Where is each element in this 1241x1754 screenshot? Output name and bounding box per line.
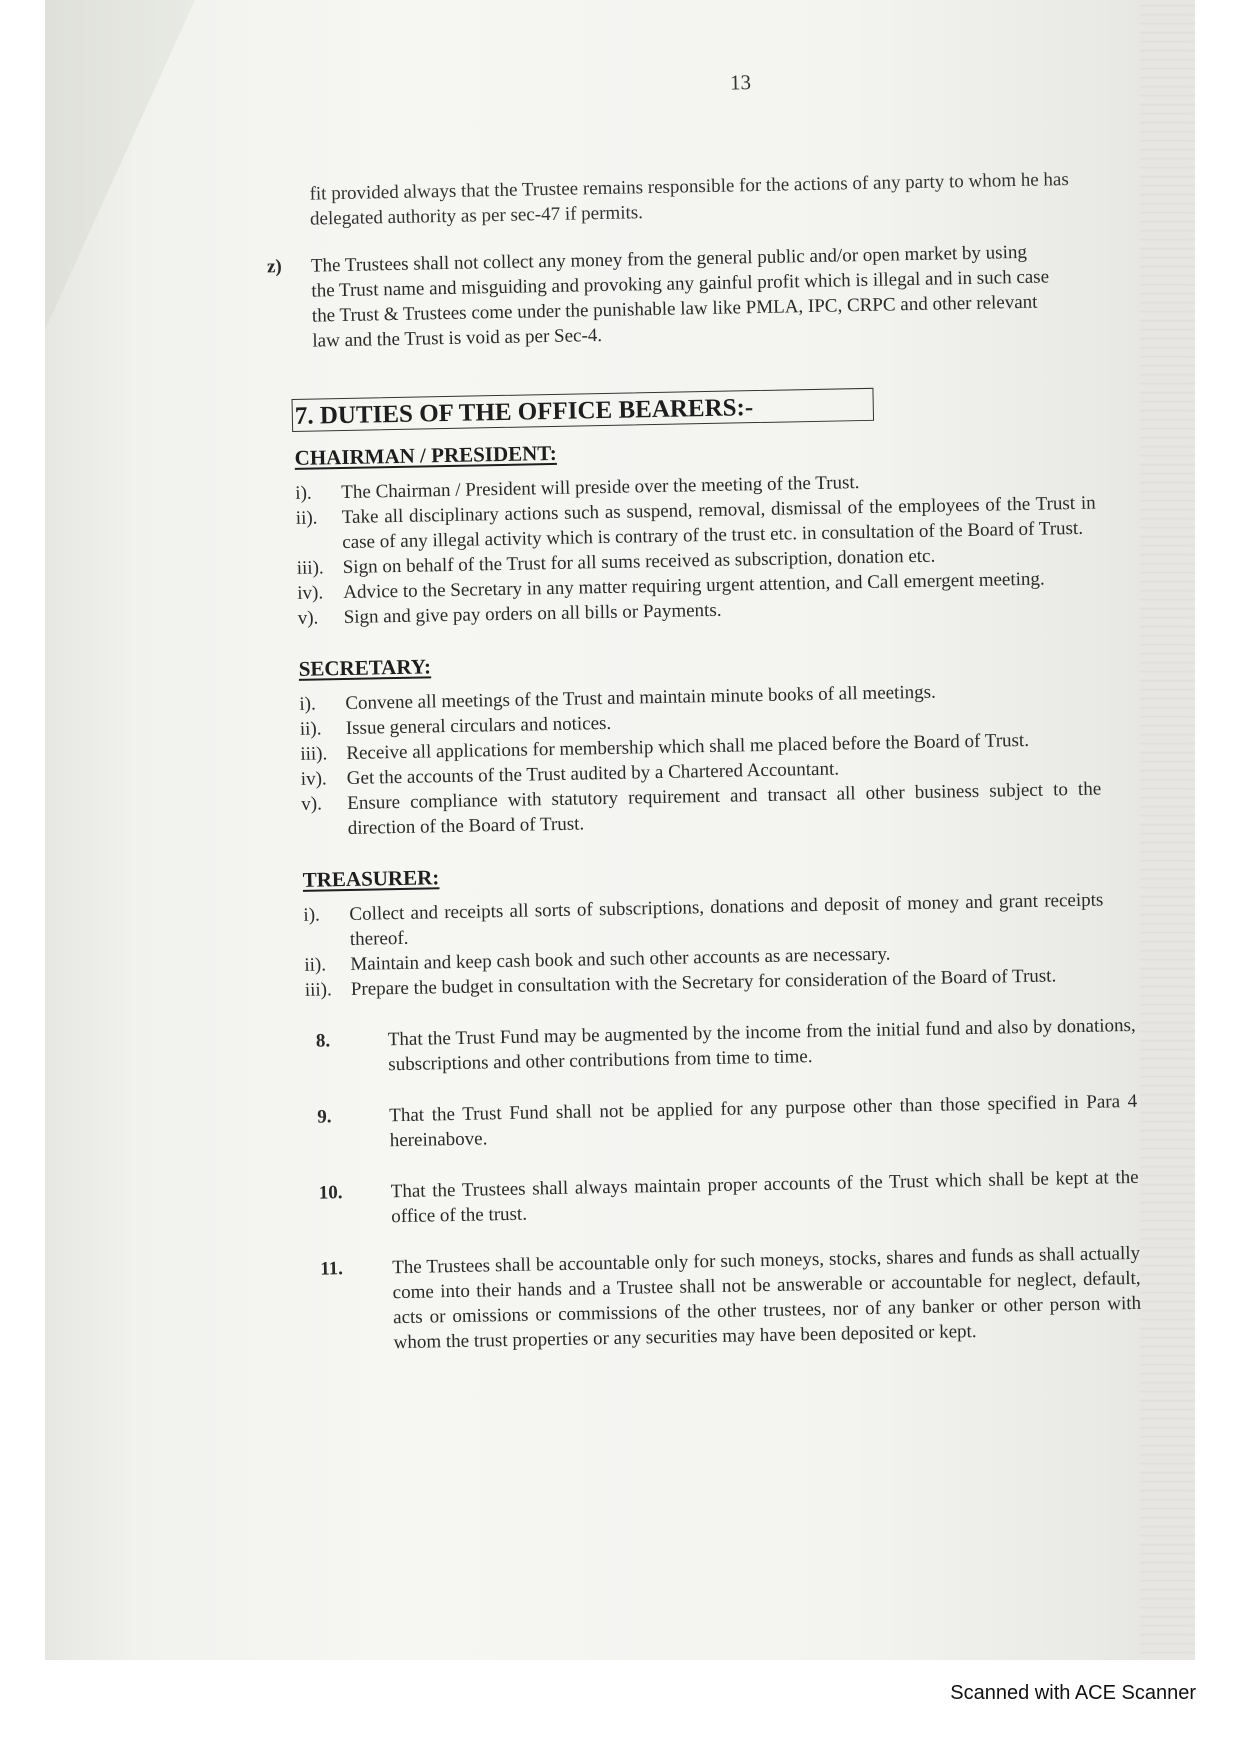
continuation-paragraph: fit provided always that the Trustee rem… <box>237 167 1080 233</box>
duty-number: i). <box>295 480 341 506</box>
role-section: SECRETARY:i).Convene all meetings of the… <box>246 641 1139 843</box>
duty-number: v). <box>297 605 343 631</box>
duty-number: i). <box>303 902 350 953</box>
clause-number: 8. <box>316 1027 389 1078</box>
book-spine-shadow <box>45 0 265 360</box>
clause-text: The Trustees shall be accountable only f… <box>392 1241 1142 1355</box>
duty-number: v). <box>301 791 348 842</box>
role-heading: TREASURER: <box>303 852 1141 893</box>
clause-text: That the Trustees shall always maintain … <box>391 1165 1140 1229</box>
document-page: 13 fit provided always that the Trustee … <box>235 43 1150 1358</box>
page-stack-edge <box>1140 0 1195 1660</box>
section-title: 7. DUTIES OF THE OFFICE BEARERS:- <box>292 388 875 432</box>
role-section: CHAIRMAN / PRESIDENT:i).The Chairman / P… <box>242 430 1135 632</box>
duty-number: iv). <box>301 766 347 792</box>
clause-text: That the Trust Fund shall not be applied… <box>389 1089 1138 1153</box>
page-number: 13 <box>355 63 1125 103</box>
duty-number: iv). <box>297 580 343 606</box>
duty-number: iii). <box>305 977 351 1003</box>
role-heading: SECRETARY: <box>298 641 1136 682</box>
scanner-watermark: Scanned with ACE Scanner <box>950 1682 1196 1705</box>
duty-number: ii). <box>304 952 350 978</box>
clause-number: 9. <box>317 1103 390 1154</box>
duty-number: ii). <box>300 716 346 742</box>
clause-number: 10. <box>319 1179 392 1230</box>
role-section: TREASURER:i).Collect and receipts all so… <box>251 852 1143 1004</box>
clause: 8.That the Trust Fund may be augmented b… <box>316 1013 1137 1079</box>
office-bearer-roles: CHAIRMAN / PRESIDENT:i).The Chairman / P… <box>242 430 1143 1004</box>
duty-number: i). <box>299 691 345 717</box>
duty-number: iii). <box>297 555 343 581</box>
clause: 11.The Trustees shall be accountable onl… <box>320 1241 1142 1357</box>
duty-list: i).Convene all meetings of the Trust and… <box>299 677 1102 842</box>
item-z: z) The Trustees shall not collect any mo… <box>239 238 1131 355</box>
duty-number: ii). <box>296 505 343 556</box>
role-heading: CHAIRMAN / PRESIDENT: <box>294 430 1132 471</box>
item-label: z) <box>239 254 313 355</box>
clause-text: That the Trust Fund may be augmented by … <box>388 1013 1137 1077</box>
numbered-clauses: 8.That the Trust Fund may be augmented b… <box>254 1013 1150 1358</box>
duty-number: iii). <box>300 741 346 767</box>
duty-list: i).The Chairman / President will preside… <box>295 466 1098 631</box>
scanned-photo: 13 fit provided always that the Trustee … <box>45 0 1195 1660</box>
item-text: The Trustees shall not collect any money… <box>311 239 1053 353</box>
clause: 9.That the Trust Fund shall not be appli… <box>317 1089 1138 1155</box>
duty-list: i).Collect and receipts all sorts of sub… <box>303 887 1105 1002</box>
clause: 10.That the Trustees shall always mainta… <box>319 1165 1140 1231</box>
clause-number: 11. <box>320 1255 394 1356</box>
